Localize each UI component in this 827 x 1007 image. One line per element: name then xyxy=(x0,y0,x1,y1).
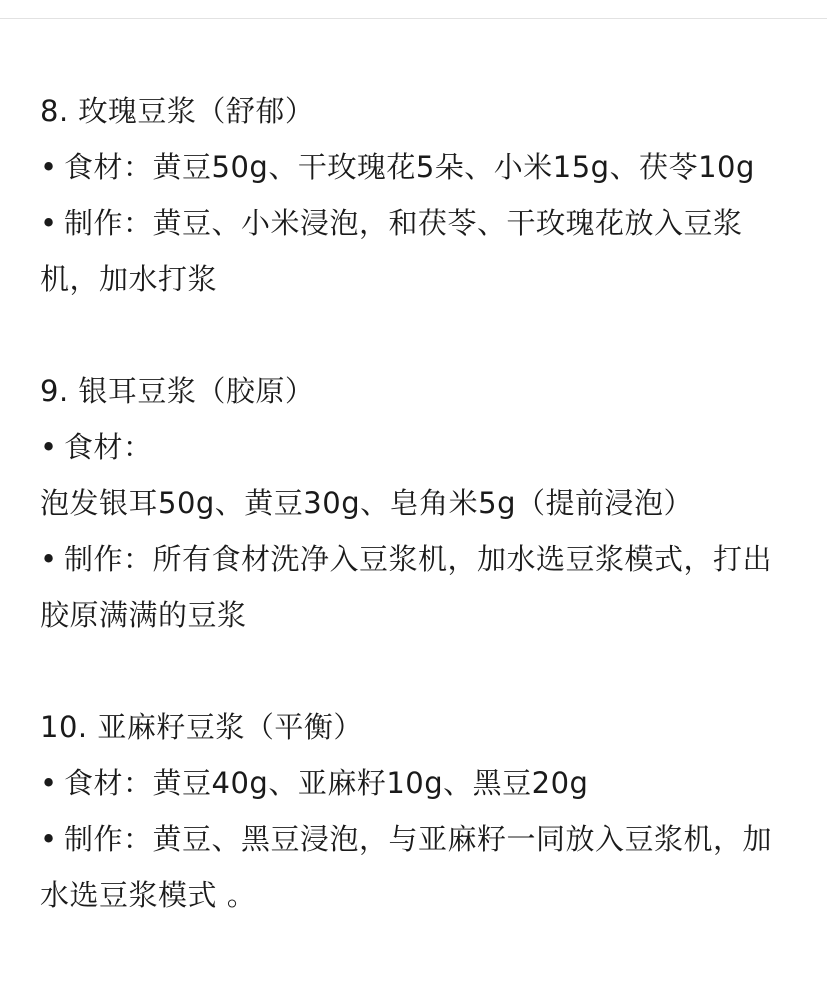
ingredients-text: 黄豆40g、亚麻籽10g、黑豆20g xyxy=(153,766,589,800)
ingredients-label: 食材： xyxy=(64,150,153,184)
recipe-ingredients: •食材：黄豆50g、干玫瑰花5朵、小米15g、茯苓10g xyxy=(40,139,792,195)
bullet-icon: • xyxy=(40,139,64,195)
recipe-list: 8. 玫瑰豆浆（舒郁） •食材：黄豆50g、干玫瑰花5朵、小米15g、茯苓10g… xyxy=(40,83,792,923)
recipe-method: •制作：黄豆、小米浸泡，和茯苓、干玫瑰花放入豆浆机，加水打浆 xyxy=(40,195,792,307)
ingredients-label: 食材： xyxy=(64,766,153,800)
recipe-item-8: 8. 玫瑰豆浆（舒郁） •食材：黄豆50g、干玫瑰花5朵、小米15g、茯苓10g… xyxy=(40,83,792,307)
recipe-title: 9. 银耳豆浆（胶原） xyxy=(40,363,792,419)
method-label: 制作： xyxy=(64,822,153,856)
recipe-method: •制作：黄豆、黑豆浸泡，与亚麻籽一同放入豆浆机，加水选豆浆模式 。 xyxy=(40,811,792,923)
top-divider xyxy=(0,18,827,19)
recipe-item-9: 9. 银耳豆浆（胶原） •食材：泡发银耳50g、黄豆30g、皂角米5g（提前浸泡… xyxy=(40,363,792,643)
recipe-method: •制作：所有食材洗净入豆浆机，加水选豆浆模式，打出胶原满满的豆浆 xyxy=(40,531,792,643)
method-label: 制作： xyxy=(64,206,153,240)
method-label: 制作： xyxy=(64,542,153,576)
recipe-ingredients: •食材：黄豆40g、亚麻籽10g、黑豆20g xyxy=(40,755,792,811)
recipe-title: 8. 玫瑰豆浆（舒郁） xyxy=(40,83,792,139)
recipe-ingredients: •食材：泡发银耳50g、黄豆30g、皂角米5g（提前浸泡） xyxy=(40,419,792,531)
bullet-icon: • xyxy=(40,755,64,811)
ingredients-text: 黄豆50g、干玫瑰花5朵、小米15g、茯苓10g xyxy=(153,150,755,184)
bullet-icon: • xyxy=(40,531,64,587)
ingredients-label: 食材： xyxy=(64,430,153,464)
bullet-icon: • xyxy=(40,419,64,475)
recipe-item-10: 10. 亚麻籽豆浆（平衡） •食材：黄豆40g、亚麻籽10g、黑豆20g •制作… xyxy=(40,699,792,923)
bullet-icon: • xyxy=(40,195,64,251)
recipe-title: 10. 亚麻籽豆浆（平衡） xyxy=(40,699,792,755)
ingredients-text: 泡发银耳50g、黄豆30g、皂角米5g（提前浸泡） xyxy=(40,486,693,520)
bullet-icon: • xyxy=(40,811,64,867)
